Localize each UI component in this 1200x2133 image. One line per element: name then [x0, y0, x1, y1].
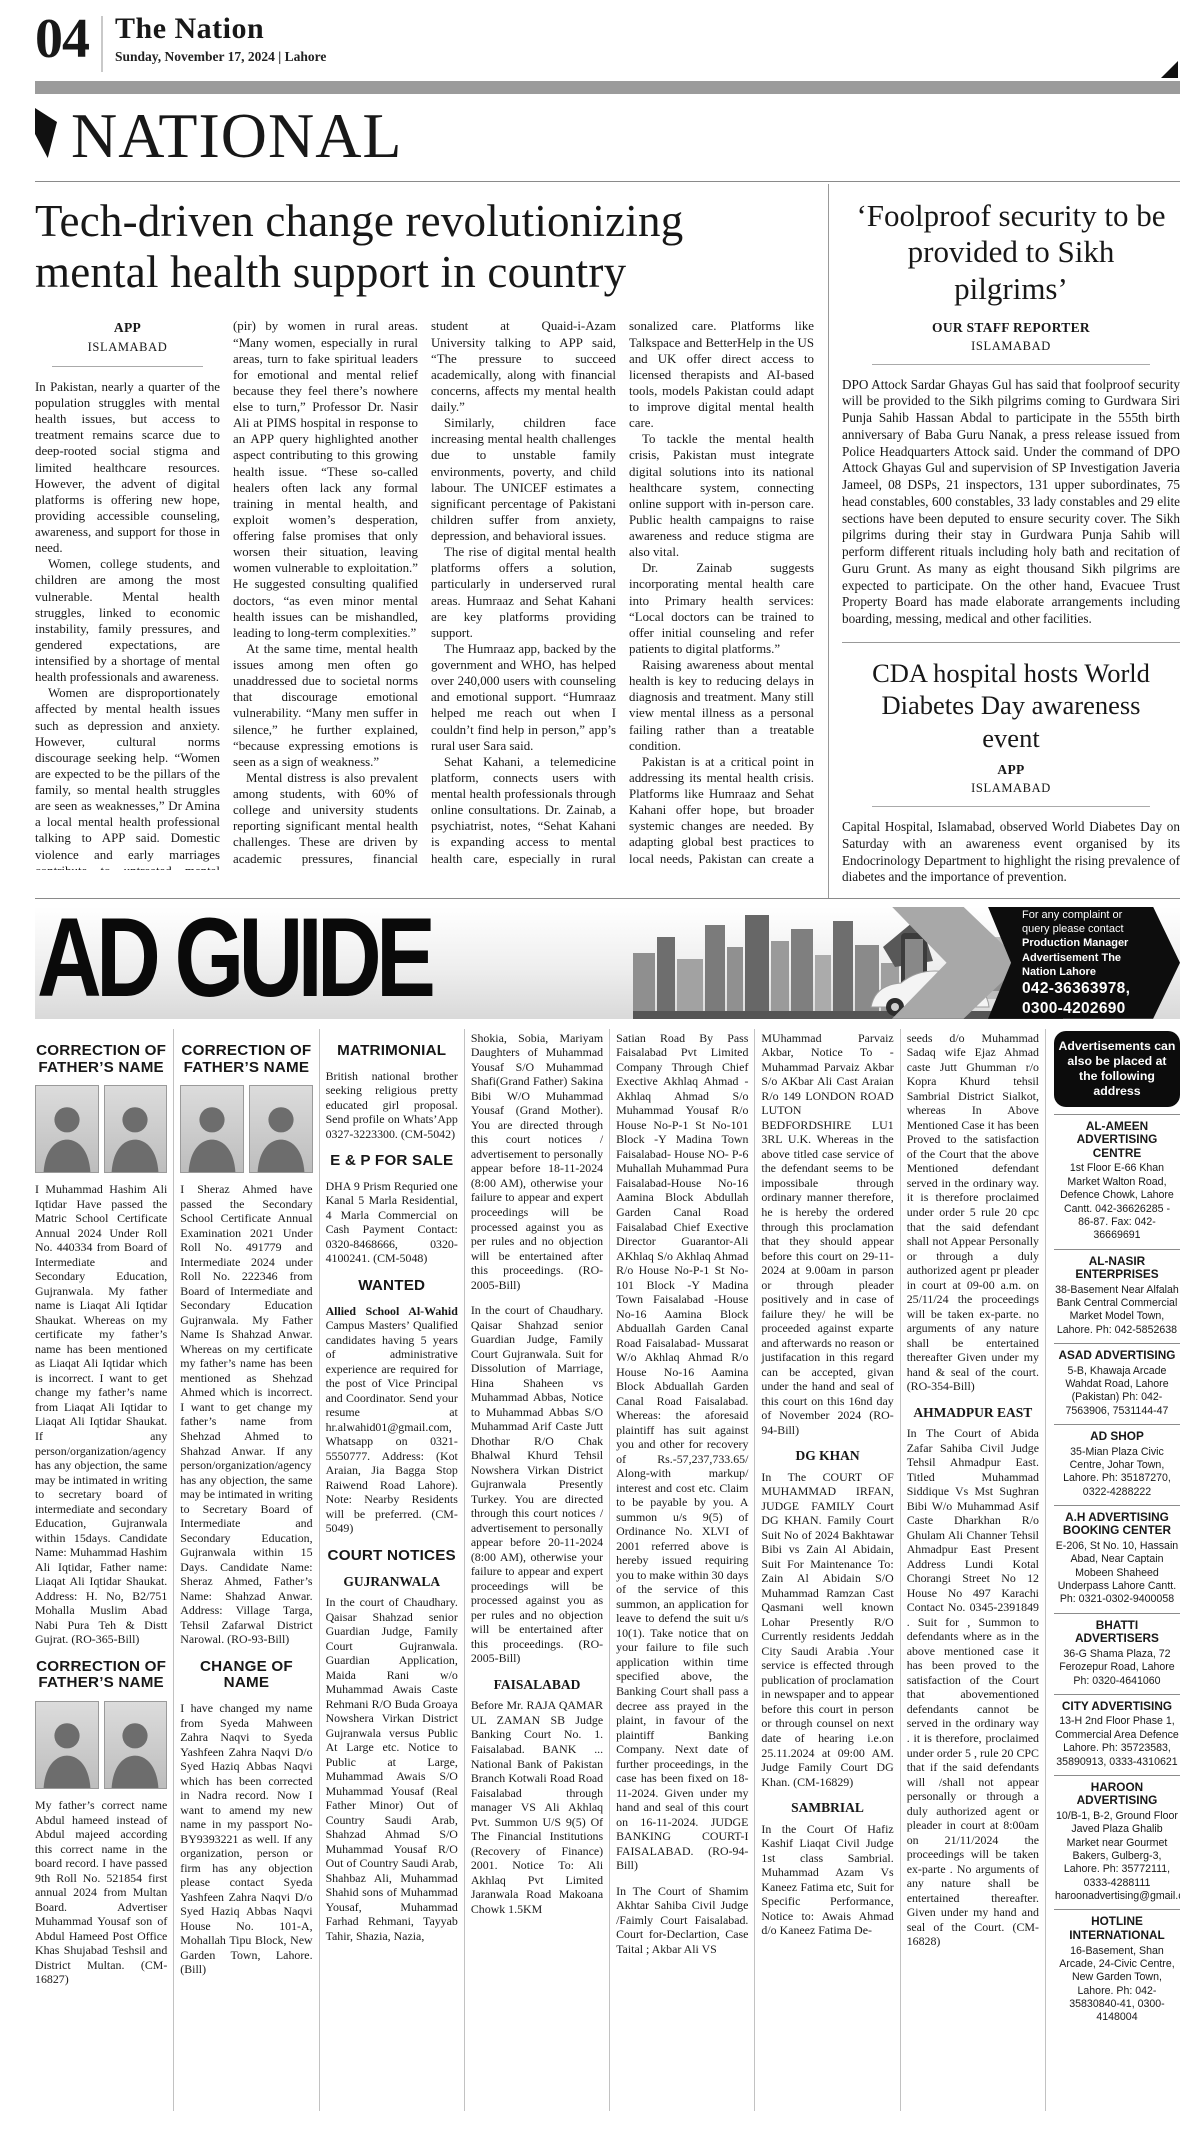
- body-paragraph: The rise of digital mental health platfo…: [431, 544, 616, 641]
- lead-column-2: (pir) by women in rural areas. “Many wom…: [233, 318, 418, 870]
- agency-name: HOTLINE INTERNATIONAL: [1055, 1915, 1179, 1942]
- agency-details: 10/B-1, B-2, Ground Floor Javed Plaza Gh…: [1055, 1810, 1179, 1903]
- cda-headline: CDA hospital hosts World Diabetes Day aw…: [850, 657, 1172, 754]
- body-paragraph: Dr. Zainab suggests incorporating mental…: [629, 560, 814, 657]
- newspaper-page: 04 The Nation Sunday, November 17, 2024 …: [0, 0, 1200, 2111]
- portrait-photo: [35, 1085, 99, 1173]
- masthead-title-block: The Nation Sunday, November 17, 2024 | L…: [115, 14, 326, 64]
- classifieds-section: CORRECTION OF FATHER’S NAME I Muhammad H…: [35, 1029, 1180, 2111]
- right-rail: ‘Foolproof security to be provided to Si…: [828, 184, 1180, 898]
- sikh-article: ‘Foolproof security to be provided to Si…: [842, 198, 1180, 628]
- lead-column-3: student at Quaid-i-Azam University talki…: [431, 318, 616, 870]
- masthead-divider: [101, 16, 103, 72]
- classified-column-6: MUhammad Parvaiz Akbar, Notice To -Muham…: [755, 1029, 900, 2111]
- body-paragraph: Raising awareness about mental health is…: [629, 657, 814, 754]
- court-notice-text: In The Court of Shamim Akhtar Sahiba Civ…: [616, 1884, 748, 1957]
- agency-directory-header: Advertisements can also be placed at the…: [1054, 1031, 1180, 1107]
- body-paragraph: In Pakistan, nearly a quarter of the pop…: [35, 379, 220, 556]
- classified-heading: MATRIMONIAL: [326, 1043, 458, 1060]
- classified-column-1: CORRECTION OF FATHER’S NAME I Muhammad H…: [35, 1029, 174, 2111]
- court-notice-text: Shokia, Sobia, Mariyam Daughters of Muha…: [471, 1031, 603, 1292]
- agency-entry: AL-AMEEN ADVERTISING CENTRE 1st Floor E-…: [1054, 1114, 1180, 1249]
- classified-ad-text: My father’s correct name Abdul hameed in…: [35, 1798, 167, 1987]
- classified-ad-rest: Campus Masters’ Qualified candidates hav…: [326, 1318, 458, 1535]
- classified-column-3: MATRIMONIAL British national brother see…: [320, 1029, 465, 2111]
- photo-row: [180, 1085, 312, 1173]
- agency-name: HAROON ADVERTISING: [1055, 1781, 1179, 1808]
- portrait-photo: [104, 1701, 168, 1789]
- agency-entry: CITY ADVERTISING 13-H 2nd Floor Phase 1,…: [1054, 1694, 1180, 1775]
- cda-article: CDA hospital hosts World Diabetes Day aw…: [842, 657, 1180, 886]
- classified-ad-text: I Sheraz Ahmed have passed the Secondary…: [180, 1182, 312, 1647]
- classified-column-5: Satian Road By Pass Faisalabad Pvt Limit…: [610, 1029, 755, 2111]
- ad-guide-title: AD GUIDE: [37, 907, 430, 1019]
- agency-entry: HAROON ADVERTISING 10/B-1, B-2, Ground F…: [1054, 1775, 1180, 1910]
- court-city-subheading: AHMADPUR EAST: [907, 1405, 1039, 1421]
- court-city-subheading: SAMBRIAL: [761, 1800, 893, 1816]
- agency-details: 36-G Shama Plaza, 72 Ferozepur Road, Lah…: [1055, 1648, 1179, 1688]
- contact-line: query please contact: [1022, 922, 1152, 936]
- agency-details: 16-Basement, Shan Arcade, 24-Civic Centr…: [1055, 1945, 1179, 2025]
- body-paragraph: Similarly, children face increasing ment…: [431, 415, 616, 544]
- contact-phone: 042-36363978,: [1022, 979, 1152, 998]
- body-paragraph: Sehat Kahani, a telemedicine platform, c…: [431, 754, 616, 871]
- classified-heading: CORRECTION OF FATHER’S NAME: [180, 1043, 312, 1076]
- agency-entry: BHATTI ADVERTISERS 36-G Shama Plaza, 72 …: [1054, 1613, 1180, 1694]
- court-notice-text: In the court of Chaudhary. Qaisar Shahza…: [326, 1595, 458, 1943]
- court-city-subheading: DG KHAN: [761, 1448, 893, 1464]
- masthead-rule: [35, 81, 1180, 94]
- agency-details: 35-Mian Plaza Civic Centre, Johar Town, …: [1055, 1446, 1179, 1499]
- body-paragraph: Pakistan is at a critical point in addre…: [629, 754, 814, 871]
- section-banner: NATIONAL: [35, 106, 1180, 182]
- classified-ad-text: I have changed my name from Syeda Mahwee…: [180, 1701, 312, 1977]
- paper-dateline: Sunday, November 17, 2024 | Lahore: [115, 50, 326, 64]
- lead-column-4: sonalized care. Platforms like Talkspace…: [629, 318, 814, 870]
- classified-heading: COURT NOTICES: [326, 1548, 458, 1565]
- agency-directory-column: Advertisements can also be placed at the…: [1046, 1029, 1180, 2111]
- classified-column-4: Shokia, Sobia, Mariyam Daughters of Muha…: [465, 1029, 610, 2111]
- byline-city: ISLAMABAD: [52, 340, 204, 356]
- masthead: 04 The Nation Sunday, November 17, 2024 …: [35, 14, 1180, 72]
- agency-name: AL-NASIR ENTERPRISES: [1055, 1255, 1179, 1282]
- agency-name: AL-AMEEN ADVERTISING CENTRE: [1055, 1120, 1179, 1161]
- section-title: NATIONAL: [71, 106, 403, 167]
- corner-marker-icon: [1161, 61, 1178, 78]
- byline-reporter: OUR STAFF REPORTER: [872, 320, 1149, 336]
- section-bottom-rule: [35, 898, 1180, 899]
- agency-entry: A.H ADVERTISING BOOKING CENTER E-206, St…: [1054, 1505, 1180, 1613]
- agency-name: ASAD ADVERTISING: [1055, 1349, 1179, 1363]
- body-paragraph: (pir) by women in rural areas. “Many wom…: [233, 318, 418, 641]
- main-news-area: Tech-driven change revolutionizing menta…: [35, 184, 1180, 898]
- classified-ad-lead: Allied School Al-Wahid: [326, 1304, 458, 1318]
- sikh-headline: ‘Foolproof security to be provided to Si…: [848, 198, 1174, 308]
- agency-details: 38-Basement Near Alfalah Bank Central Co…: [1055, 1284, 1179, 1337]
- classified-ad-text: I Muhammad Hashim Ali Iqtidar Have passe…: [35, 1182, 167, 1647]
- body-paragraph: The Humraaz app, backed by the governmen…: [431, 641, 616, 754]
- agency-name: A.H ADVERTISING BOOKING CENTER: [1055, 1511, 1179, 1538]
- classified-heading: E & P FOR SALE: [326, 1153, 458, 1170]
- court-notice-text: MUhammad Parvaiz Akbar, Notice To -Muham…: [761, 1031, 893, 1437]
- body-paragraph: student at Quaid-i-Azam University talki…: [431, 318, 616, 415]
- byline-city: ISLAMABAD: [872, 781, 1149, 796]
- court-notice-text: In the Court Of Hafiz Kashif Liaqat Civi…: [761, 1822, 893, 1938]
- court-notice-text: seeds d/o Muhammad Sadaq wife Ejaz Ahmad…: [907, 1031, 1039, 1394]
- complaint-contact-box: For any complaint or query please contac…: [988, 907, 1180, 1019]
- paper-title: The Nation: [115, 14, 326, 44]
- agency-details: E-206, St No. 10, Hassain Abad, Near Cap…: [1055, 1540, 1179, 1607]
- classified-column-7: seeds d/o Muhammad Sadaq wife Ejaz Ahmad…: [901, 1029, 1046, 2111]
- right-rail-divider: [842, 642, 1180, 643]
- agency-name: BHATTI ADVERTISERS: [1055, 1619, 1179, 1646]
- sikh-byline: OUR STAFF REPORTER ISLAMABAD: [872, 320, 1149, 365]
- court-city-subheading: FAISALABAD: [471, 1677, 603, 1693]
- agency-entry: ASAD ADVERTISING 5-B, Khawaja Arcade Wah…: [1054, 1343, 1180, 1424]
- lead-byline: APP ISLAMABAD: [52, 320, 204, 367]
- body-paragraph: sonalized care. Platforms like Talkspace…: [629, 318, 814, 431]
- court-notice-text: In The Court of Abida Zafar Sahiba Civil…: [907, 1426, 1039, 1949]
- body-paragraph: To tackle the mental health crisis, Paki…: [629, 431, 814, 560]
- body-paragraph: Women are disproportionately affected by…: [35, 685, 220, 870]
- section-flag-icon: [35, 108, 57, 158]
- cda-body: Capital Hospital, Islamabad, observed Wo…: [842, 819, 1180, 886]
- court-notice-text: In The COURT OF MUHAMMAD IRFAN, JUDGE FA…: [761, 1470, 893, 1789]
- cda-byline: APP ISLAMABAD: [872, 762, 1149, 807]
- body-paragraph: Mental distress is also prevalent among …: [233, 770, 418, 871]
- body-paragraph: Women, college students, and children ar…: [35, 556, 220, 685]
- agency-name: AD SHOP: [1055, 1430, 1179, 1444]
- agency-entry: AL-NASIR ENTERPRISES 38-Basement Near Al…: [1054, 1249, 1180, 1344]
- classified-heading: CHANGE OF NAME: [180, 1659, 312, 1692]
- lead-article-columns: APP ISLAMABAD In Pakistan, nearly a quar…: [35, 318, 814, 870]
- lead-headline: Tech-driven change revolutionizing menta…: [35, 196, 814, 299]
- lead-column-1: APP ISLAMABAD In Pakistan, nearly a quar…: [35, 318, 220, 870]
- agency-details: 1st Floor E-66 Khan Market Walton Road, …: [1055, 1162, 1179, 1242]
- classified-column-2: CORRECTION OF FATHER’S NAME I Sheraz Ahm…: [174, 1029, 319, 2111]
- contact-line: Production Manager: [1022, 936, 1152, 950]
- photo-row: [35, 1085, 167, 1173]
- classified-ad-text: Allied School Al-Wahid Campus Masters’ Q…: [326, 1304, 458, 1536]
- portrait-photo: [249, 1085, 313, 1173]
- classified-heading: CORRECTION OF FATHER’S NAME: [35, 1043, 167, 1076]
- court-notice-text: Satian Road By Pass Faisalabad Pvt Limit…: [616, 1031, 748, 1873]
- court-notice-text: In the court of Chaudhary. Qaisar Shahza…: [471, 1303, 603, 1666]
- portrait-photo: [104, 1085, 168, 1173]
- body-paragraph: At the same time, mental health issues a…: [233, 641, 418, 770]
- agency-entry: AD SHOP 35-Mian Plaza Civic Centre, Joha…: [1054, 1424, 1180, 1505]
- portrait-photo: [180, 1085, 244, 1173]
- agency-details: 13-H 2nd Floor Phase 1, Commercial Area …: [1055, 1715, 1179, 1768]
- classified-heading: WANTED: [326, 1278, 458, 1295]
- classified-ad-text: British national brother seeking religio…: [326, 1069, 458, 1142]
- classified-heading: CORRECTION OF FATHER’S NAME: [35, 1659, 167, 1692]
- contact-line: For any complaint or: [1022, 908, 1152, 922]
- sikh-body: DPO Attock Sardar Ghayas Gul has said th…: [842, 377, 1180, 628]
- court-city-subheading: GUJRANWALA: [326, 1574, 458, 1590]
- portrait-photo: [35, 1701, 99, 1789]
- photo-row: [35, 1701, 167, 1789]
- byline-city: ISLAMABAD: [872, 339, 1149, 354]
- contact-phone: 0300-4202690: [1022, 999, 1152, 1018]
- lead-article: Tech-driven change revolutionizing menta…: [35, 184, 828, 898]
- court-notice-text: Before Mr. RAJA QAMAR UL ZAMAN SB Judge …: [471, 1698, 603, 1916]
- classified-ad-text: DHA 9 Prism Requried one Kanal 5 Marla R…: [326, 1179, 458, 1266]
- ad-guide-banner: AD GUIDE For: [35, 907, 1180, 1019]
- agency-name: CITY ADVERTISING: [1055, 1700, 1179, 1714]
- agency-details: 5-B, Khawaja Arcade Wahdat Road, Lahore …: [1055, 1365, 1179, 1418]
- contact-line: Advertisement The Nation Lahore: [1022, 951, 1152, 980]
- byline-agency: APP: [872, 762, 1149, 778]
- byline-agency: APP: [52, 320, 204, 337]
- agency-entry: HOTLINE INTERNATIONAL 16-Basement, Shan …: [1054, 1909, 1180, 2030]
- page-number: 04: [35, 14, 89, 64]
